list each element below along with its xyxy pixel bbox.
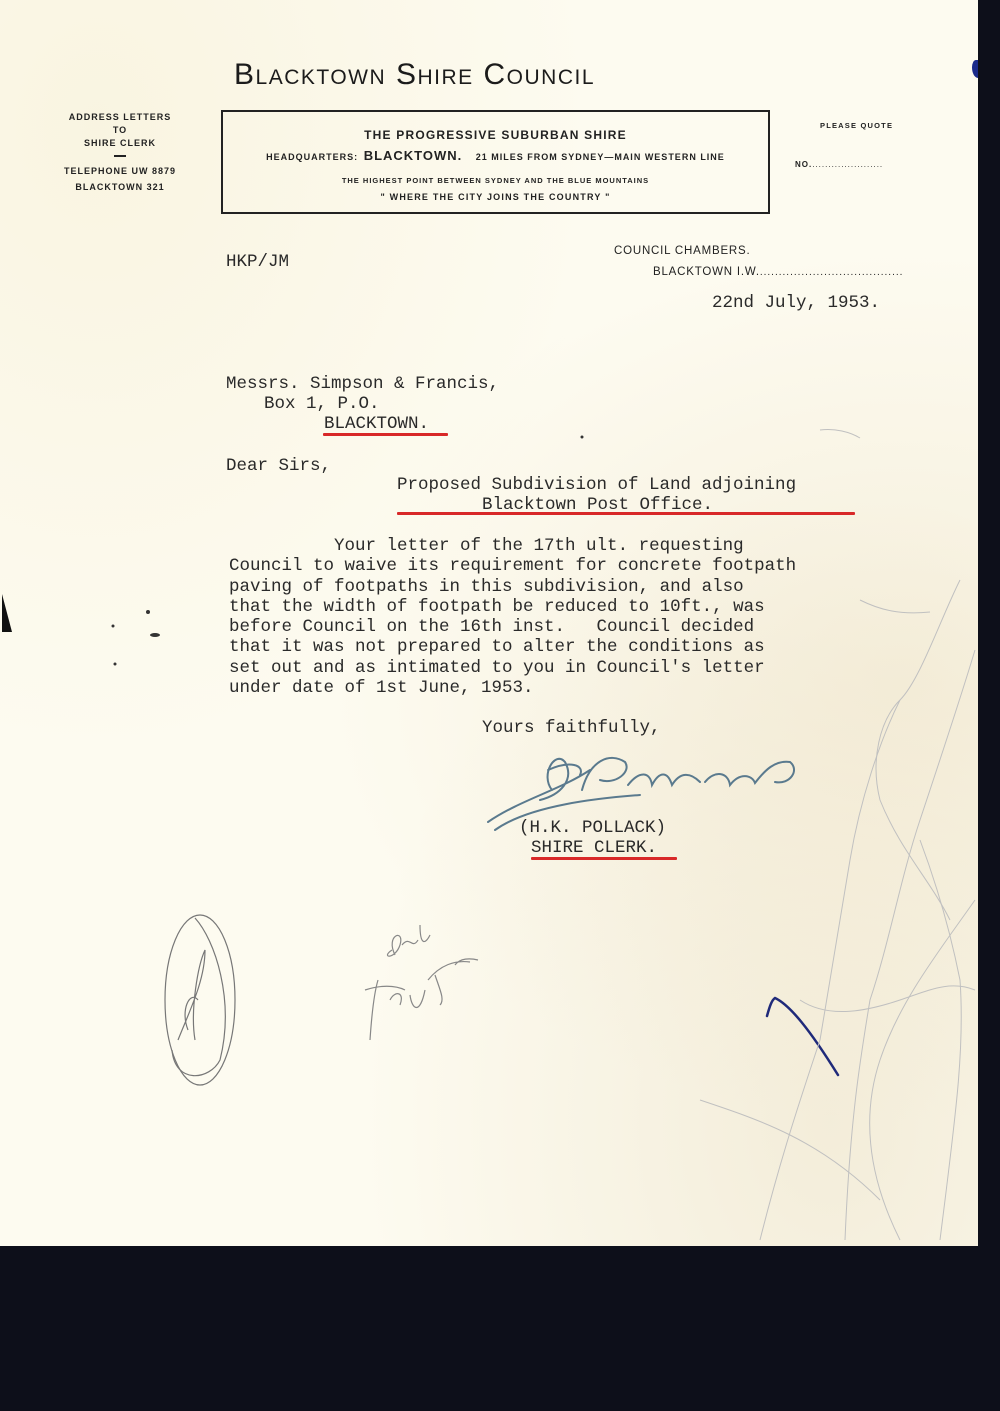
handwritten-marks bbox=[0, 0, 978, 1246]
pencil-initials-icon bbox=[165, 915, 235, 1085]
pencil-scribbles-icon bbox=[700, 429, 975, 1240]
left-edge-tab bbox=[2, 594, 12, 632]
letter-paper: Blacktown Shire Council ADDRESS LETTERS … bbox=[0, 0, 978, 1246]
signer-title: SHIRE CLERK. bbox=[531, 838, 657, 858]
red-underline-signer bbox=[531, 857, 677, 860]
pencil-note-icon bbox=[365, 925, 478, 1040]
signer-name: (H.K. POLLACK) bbox=[519, 818, 666, 838]
specks-icon bbox=[112, 436, 584, 666]
scan-background-bottom bbox=[0, 1246, 1000, 1411]
scan-background-right bbox=[978, 0, 1000, 1246]
blue-ink-mark-icon bbox=[767, 998, 838, 1075]
